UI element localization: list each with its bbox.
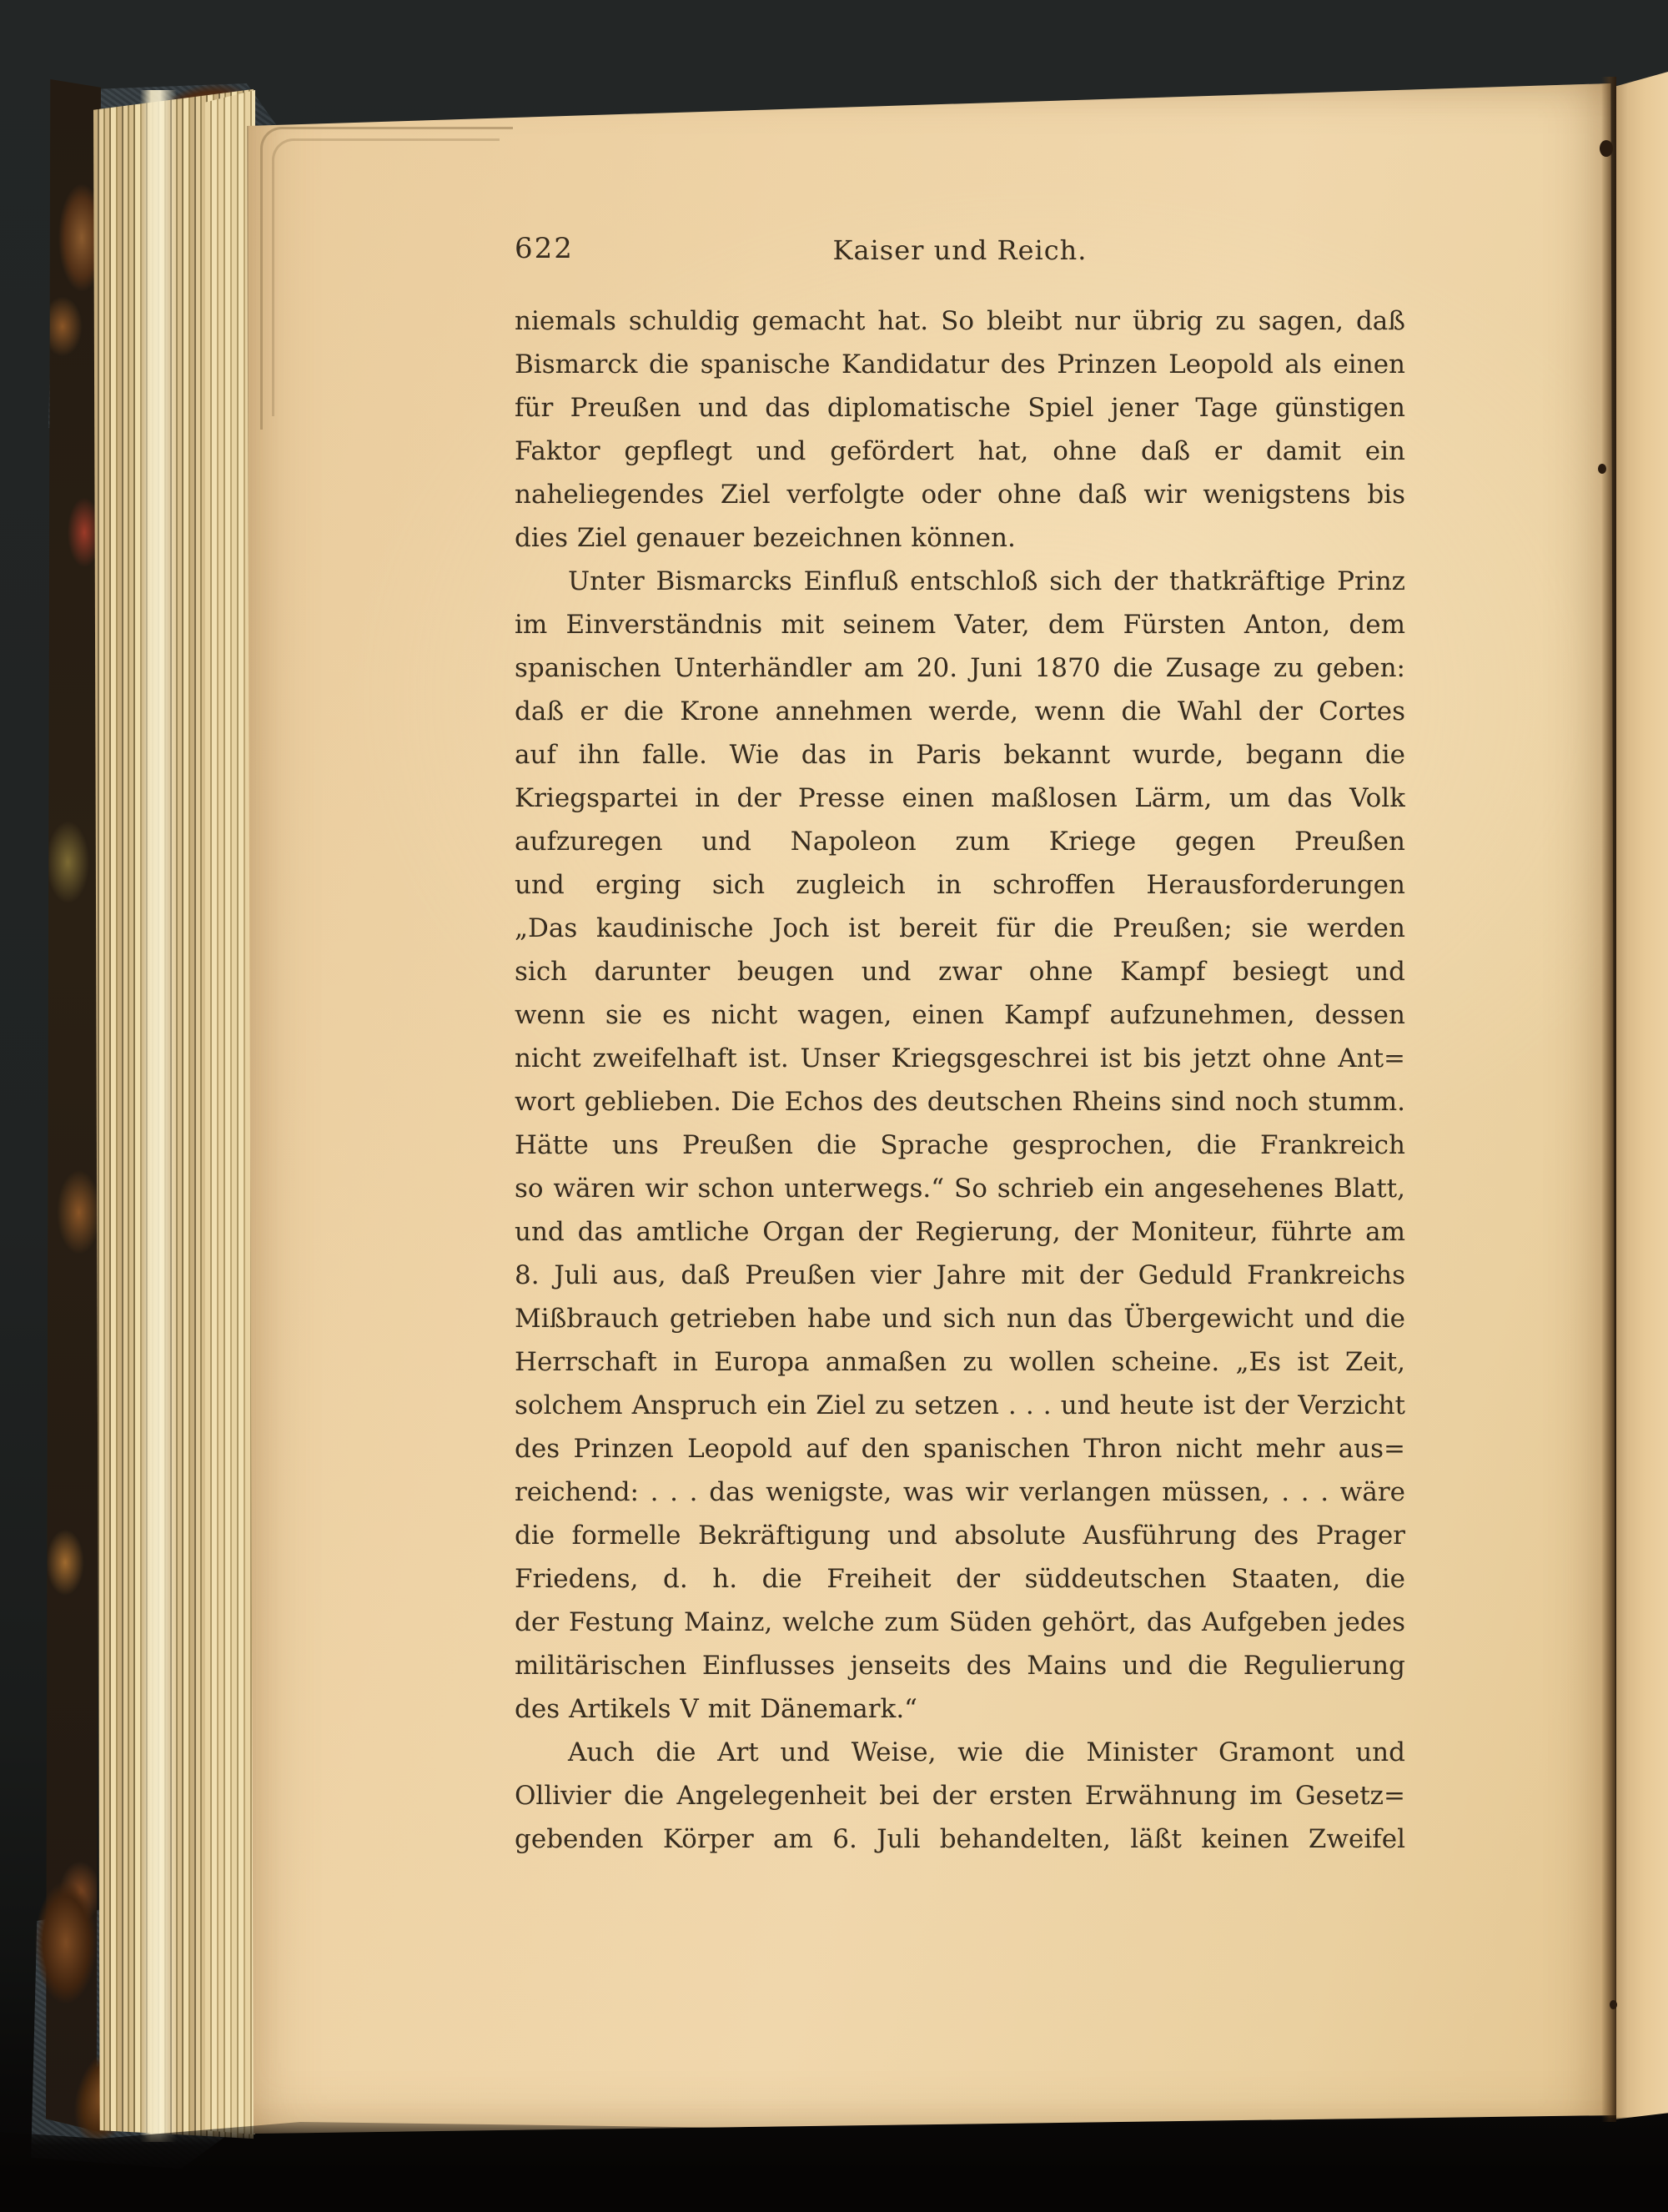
running-title: Kaiser und Reich. <box>515 232 1405 269</box>
text-line: so wären wir schon unterwegs.“ So schrie… <box>515 1167 1405 1210</box>
text-line: dies Ziel genauer bezeichnen können. <box>515 516 1405 560</box>
text-line: auf ihn falle. Wie das in Paris bekannt … <box>515 733 1405 777</box>
text-line: Unter Bismarcks Einfluß entschloß sich d… <box>515 560 1405 603</box>
text-line: sich darunter beugen und zwar ohne Kampf… <box>515 950 1405 993</box>
text-line: Ollivier die Angelegenheit bei der erste… <box>515 1774 1405 1817</box>
text-line: nicht zweifelhaft ist. Unser Kriegsgesch… <box>515 1037 1405 1080</box>
text-line: niemals schuldig gemacht hat. So bleibt … <box>515 299 1405 343</box>
text-line: spanischen Unterhändler am 20. Juni 1870… <box>515 646 1405 690</box>
text-line: und erging sich zugleich in schroffen He… <box>515 863 1405 907</box>
paper-speck <box>1610 2000 1617 2009</box>
gutter-crease-shadow <box>1601 77 1616 2122</box>
under-page-edge-line <box>272 138 500 416</box>
text-line: Friedens, d. h. die Freiheit der süddeut… <box>515 1557 1405 1601</box>
text-line: Bismarck die spanische Kandidatur des Pr… <box>515 343 1405 386</box>
text-line: 8. Juli aus, daß Preußen vier Jahre mit … <box>515 1254 1405 1297</box>
text-line: für Preußen und das diplomatische Spiel … <box>515 386 1405 430</box>
book-shadow <box>0 2117 1668 2212</box>
text-line: des Prinzen Leopold auf den spanischen T… <box>515 1427 1405 1470</box>
text-line: naheliegendes Ziel verfolgte oder ohne d… <box>515 473 1405 516</box>
text-line: aufzuregen und Napoleon zum Kriege gegen… <box>515 820 1405 863</box>
text-line: Mißbrauch getrieben habe und sich nun da… <box>515 1297 1405 1340</box>
text-line: gebenden Körper am 6. Juli behandelten, … <box>515 1817 1405 1861</box>
text-line: Hätte uns Preußen die Sprache gesprochen… <box>515 1124 1405 1167</box>
facing-page-sliver <box>1616 72 1668 2125</box>
text-line: Herrschaft in Europa anmaßen zu wollen s… <box>515 1340 1405 1384</box>
page-edges-highlight <box>140 90 177 2142</box>
text-line: wort geblieben. Die Echos des deutschen … <box>515 1080 1405 1124</box>
text-line: reichend: . . . das wenigste, was wir ve… <box>515 1470 1405 1514</box>
paper-speck <box>1600 140 1613 157</box>
cover-marble-patch <box>35 1881 97 2004</box>
text-line: die formelle Bekräftigung und absolute A… <box>515 1514 1405 1557</box>
text-line: des Artikels V mit Dänemark.“ <box>515 1687 1405 1731</box>
book-photo-scene: 622 Kaiser und Reich. niemals schuldig g… <box>0 0 1668 2212</box>
text-line: solchem Anspruch ein Ziel zu setzen . . … <box>515 1384 1405 1427</box>
text-line: der Festung Mainz, welche zum Süden gehö… <box>515 1601 1405 1644</box>
text-line: wenn sie es nicht wagen, einen Kampf auf… <box>515 993 1405 1037</box>
text-line: daß er die Krone annehmen werde, wenn di… <box>515 690 1405 733</box>
page-text-block: niemals schuldig gemacht hat. So bleibt … <box>515 299 1405 1861</box>
text-line: militärischen Einflusses jenseits des Ma… <box>515 1644 1405 1687</box>
text-line: Kriegspartei in der Presse einen maßlose… <box>515 777 1405 820</box>
text-line: Faktor gepflegt und gefördert hat, ohne … <box>515 430 1405 473</box>
text-line: und das amtliche Organ der Regierung, de… <box>515 1210 1405 1254</box>
text-line: „Das kaudinische Joch ist bereit für die… <box>515 907 1405 950</box>
text-line: im Einverständnis mit seinem Vater, dem … <box>515 603 1405 646</box>
book-cover-marbled-edge <box>46 79 101 2139</box>
paper-speck <box>1598 464 1606 474</box>
text-line: Auch die Art und Weise, wie die Minister… <box>515 1731 1405 1774</box>
inner-page-edges <box>205 82 255 2139</box>
